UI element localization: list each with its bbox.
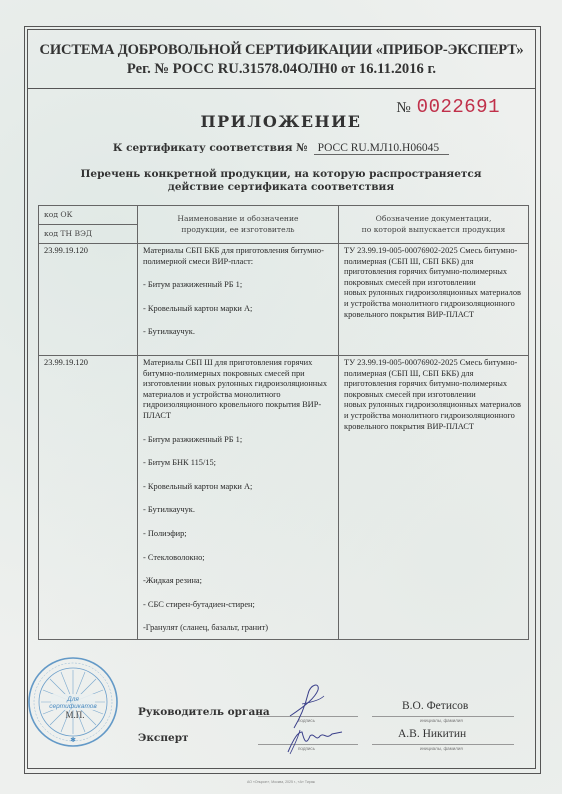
- row-documentation: ТУ 23.99.19-005-00076902-2025 Смесь биту…: [339, 356, 529, 640]
- row-documentation-line: новых рулонных гидроизоляционных материа…: [344, 288, 523, 320]
- header-product-name-line2: продукции, ее изготовитель: [143, 225, 333, 236]
- signature-icon: [280, 676, 350, 756]
- list-item: - Полиэфир;: [143, 529, 333, 540]
- row-code: 23.99.19.120: [39, 356, 138, 640]
- svg-text:Для: Для: [66, 696, 79, 703]
- page-title: ПРИЛОЖЕНИЕ: [0, 112, 562, 131]
- table-header-row: код ОК Наименование и обозначение продук…: [39, 206, 529, 225]
- svg-text:сертификатов: сертификатов: [49, 703, 97, 710]
- list-item: - Битум разжиженный РБ 1;: [143, 435, 333, 446]
- list-item: - Бутилкаучук.: [143, 505, 333, 516]
- row-documentation-line: ТУ 23.99.19-005-00076902-2025 Смесь биту…: [344, 358, 523, 400]
- table-row: 23.99.19.120 Материалы СБП БКБ для приго…: [39, 244, 529, 356]
- row-documentation-line: новых рулонных гидроизоляционных материа…: [344, 400, 523, 432]
- list-item: - СБС стирен-бутадиен-стирен;: [143, 600, 333, 611]
- product-list-title-line1: Перечень конкретной продукции, на котору…: [0, 168, 562, 181]
- row-product: Материалы СБП Ш для приготовления горячи…: [138, 356, 339, 640]
- list-item: - Кровельный картон марки А;: [143, 304, 333, 315]
- row-product: Материалы СБП БКБ для приготовления биту…: [138, 244, 339, 356]
- row-documentation-line: ТУ 23.99.19-005-00076902-2025 Смесь биту…: [344, 246, 523, 288]
- expert-label: Эксперт: [138, 732, 189, 744]
- head-name-caption: инициалы, фамилия: [420, 718, 463, 723]
- registration-number: Рег. № РОСС RU.31578.04ОЛН0 от 16.11.201…: [28, 61, 535, 78]
- header-code-ok: код ОК: [39, 206, 138, 225]
- list-item: -Жидкая резина;: [143, 576, 333, 587]
- certificate-number: РОСС RU.МЛ10.Н06045: [314, 142, 450, 155]
- header-documentation: Обозначение документации, по которой вып…: [339, 206, 529, 244]
- product-list-title-line2: действие сертификата соответствия: [0, 181, 562, 194]
- product-table: код ОК Наименование и обозначение продук…: [38, 205, 529, 640]
- system-title: СИСТЕМА ДОБРОВОЛЬНОЙ СЕРТИФИКАЦИИ «ПРИБО…: [28, 42, 535, 59]
- official-stamp-icon: Для сертификатов М.П. ✱: [27, 656, 119, 748]
- list-item: - Бутилкаучук.: [143, 327, 333, 338]
- certificate-label: К сертификату соответствия №: [113, 142, 308, 154]
- head-of-body-label: Руководитель органа: [138, 706, 270, 718]
- head-name: В.О. Фетисов: [402, 700, 468, 712]
- header-code-tn: код ТН ВЭД: [39, 225, 138, 244]
- header-product-name: Наименование и обозначение продукции, ее…: [138, 206, 339, 244]
- expert-name-line: [372, 744, 514, 745]
- svg-text:✱: ✱: [70, 736, 76, 744]
- expert-name-caption: инициалы, фамилия: [420, 746, 463, 751]
- list-item: - Битум БНК 115/15;: [143, 458, 333, 469]
- certification-system-header: СИСТЕМА ДОБРОВОЛЬНОЙ СЕРТИФИКАЦИИ «ПРИБО…: [28, 30, 535, 89]
- head-name-line: [372, 716, 514, 717]
- row-product-name: Материалы СБП БКБ для приготовления биту…: [143, 246, 333, 267]
- list-item: - Кровельный картон марки А;: [143, 482, 333, 493]
- row-code: 23.99.19.120: [39, 244, 138, 356]
- row-product-name: Материалы СБП Ш для приготовления горячи…: [143, 358, 333, 422]
- header-product-name-line1: Наименование и обозначение: [143, 214, 333, 225]
- header-documentation-line2: по которой выпускается продукция: [344, 225, 523, 236]
- list-item: -Гранулят (сланец, базальт, гранит): [143, 623, 333, 634]
- expert-name: А.В. Никитин: [398, 728, 466, 740]
- stamp-mark: М.П.: [65, 710, 84, 720]
- list-item: - Стекловолокно;: [143, 553, 333, 564]
- certificate-reference: К сертификату соответствия №РОСС RU.МЛ10…: [0, 142, 562, 155]
- header-documentation-line1: Обозначение документации,: [344, 214, 523, 225]
- list-item: - Битум разжиженный РБ 1;: [143, 280, 333, 291]
- product-list-title: Перечень конкретной продукции, на котору…: [0, 168, 562, 194]
- printer-imprint: АО «Опцион», Москва, 2025 г., «А» Тираж: [0, 780, 562, 784]
- table-row: 23.99.19.120 Материалы СБП Ш для пригото…: [39, 356, 529, 640]
- row-documentation: ТУ 23.99.19-005-00076902-2025 Смесь биту…: [339, 244, 529, 356]
